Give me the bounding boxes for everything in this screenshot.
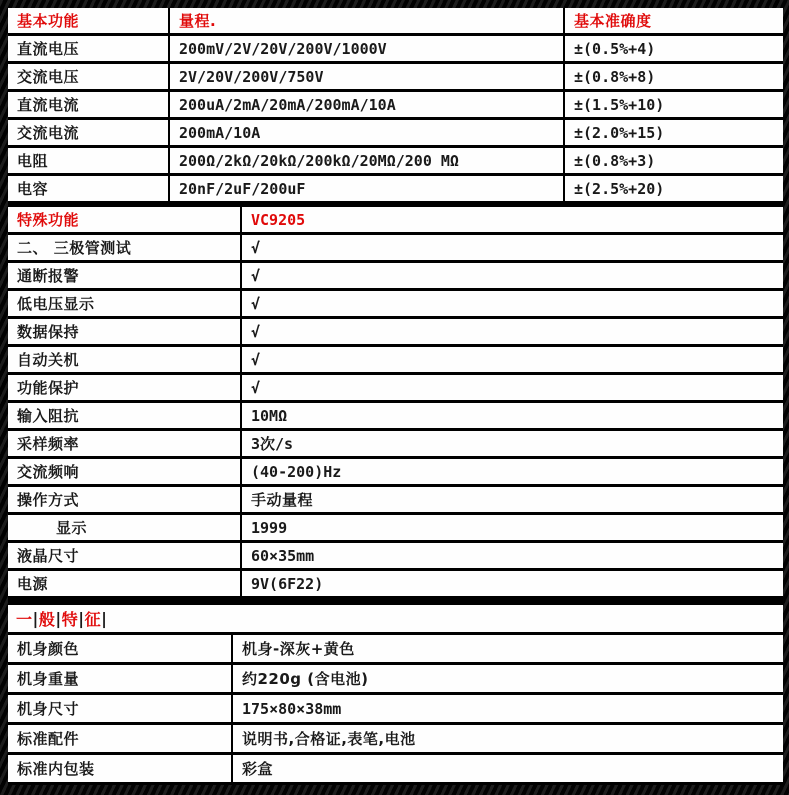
spec-value: √: [242, 347, 783, 372]
spec-value: 9V(6F22): [242, 571, 783, 596]
spec-range: 200mV/2V/20V/200V/1000V: [170, 36, 565, 61]
table-row-low-battery-display: 低电压显示 √: [8, 291, 783, 319]
table-row-auto-power-off: 自动关机 √: [8, 347, 783, 375]
spec-range: 200Ω/2kΩ/20kΩ/200kΩ/20MΩ/200 MΩ: [170, 148, 565, 173]
spec-accuracy: ±(0.8%+8): [565, 64, 783, 89]
spec-label: 输入阻抗: [8, 403, 242, 428]
spec-value: 说明书,合格证,表笔,电池: [233, 725, 783, 752]
table-row-capacitance: 电容 20nF/2uF/200uF ±(2.5%+20): [8, 176, 783, 204]
spec-range: 2V/20V/200V/750V: [170, 64, 565, 89]
general-features-section: 机身颜色 机身-深灰+黄色 机身重量 约220g (含电池) 机身尺寸 175×…: [8, 635, 783, 785]
spec-value: 手动量程: [242, 487, 783, 512]
table-row-function-protection: 功能保护 √: [8, 375, 783, 403]
spec-accuracy: ±(0.5%+4): [565, 36, 783, 61]
table-row-standard-accessories: 标准配件 说明书,合格证,表笔,电池: [8, 725, 783, 755]
spec-table: 基本功能 量程. 基本准确度 直流电压 200mV/2V/20V/200V/10…: [8, 8, 783, 785]
heading-pipe: |: [101, 609, 107, 628]
spec-label: 功能保护: [8, 375, 242, 400]
table-row-lcd-size: 液晶尺寸 60×35mm: [8, 543, 783, 571]
spec-value: 彩盒: [233, 755, 783, 782]
spec-range: 200mA/10A: [170, 120, 565, 145]
table-row-power-supply: 电源 9V(6F22): [8, 571, 783, 599]
table-row-ac-current: 交流电流 200mA/10A ±(2.0%+15): [8, 120, 783, 148]
spec-label: 交流电流: [8, 120, 170, 145]
spec-label: 显示: [8, 515, 242, 540]
spec-value: √: [242, 291, 783, 316]
spec-label: 电源: [8, 571, 242, 596]
spec-sheet-page: 基本功能 量程. 基本准确度 直流电压 200mV/2V/20V/200V/10…: [0, 0, 789, 795]
spec-label: 二、 三极管测试: [8, 235, 242, 260]
table-row-sampling-rate: 采样频率 3次/s: [8, 431, 783, 459]
table-row-ac-frequency-response: 交流频响 (40-200)Hz: [8, 459, 783, 487]
heading-char: 征: [85, 607, 102, 630]
table-row-body-color: 机身颜色 机身-深灰+黄色: [8, 635, 783, 665]
spec-label: 机身颜色: [8, 635, 233, 662]
spec-value: 机身-深灰+黄色: [233, 635, 783, 662]
spec-label: 低电压显示: [8, 291, 242, 316]
spec-value: √: [242, 319, 783, 344]
col-header-special-function: 特殊功能: [8, 207, 242, 232]
spec-accuracy: ±(2.5%+20): [565, 176, 783, 201]
spec-label: 交流电压: [8, 64, 170, 89]
spec-accuracy: ±(1.5%+10): [565, 92, 783, 117]
spec-label: 通断报警: [8, 263, 242, 288]
spec-range: 200uA/2mA/20mA/200mA/10A: [170, 92, 565, 117]
basic-functions-section: 基本功能 量程. 基本准确度 直流电压 200mV/2V/20V/200V/10…: [8, 8, 783, 204]
spec-value: √: [242, 375, 783, 400]
table-row-operation-mode: 操作方式 手动量程: [8, 487, 783, 515]
table-row-data-hold: 数据保持 √: [8, 319, 783, 347]
spec-label: 机身尺寸: [8, 695, 233, 722]
heading-char: 特: [62, 607, 79, 630]
col-header-accuracy: 基本准确度: [565, 8, 783, 33]
spec-label: 直流电压: [8, 36, 170, 61]
special-header-row: 特殊功能 VC9205: [8, 207, 783, 235]
table-row-continuity-buzzer: 通断报警 √: [8, 263, 783, 291]
table-row-input-impedance: 输入阻抗 10MΩ: [8, 403, 783, 431]
heading-char: 一: [16, 607, 33, 630]
table-row-body-weight: 机身重量 约220g (含电池): [8, 665, 783, 695]
table-row-standard-inner-packing: 标准内包装 彩盒: [8, 755, 783, 785]
special-functions-section: 特殊功能 VC9205 二、 三极管测试 √ 通断报警 √ 低电压显示 √ 数据…: [8, 207, 783, 599]
spec-label: 机身重量: [8, 665, 233, 692]
table-row-resistance: 电阻 200Ω/2kΩ/20kΩ/200kΩ/20MΩ/200 MΩ ±(0.8…: [8, 148, 783, 176]
spec-range: 20nF/2uF/200uF: [170, 176, 565, 201]
spec-label: 标准内包装: [8, 755, 233, 782]
spec-label: 直流电流: [8, 92, 170, 117]
spec-label: 液晶尺寸: [8, 543, 242, 568]
spec-label: 交流频响: [8, 459, 242, 484]
spec-label: 电容: [8, 176, 170, 201]
spec-label: 标准配件: [8, 725, 233, 752]
spec-value: 约220g (含电池): [233, 665, 783, 692]
spec-accuracy: ±(2.0%+15): [565, 120, 783, 145]
table-row-dc-current: 直流电流 200uA/2mA/20mA/200mA/10A ±(1.5%+10): [8, 92, 783, 120]
spec-label: 采样频率: [8, 431, 242, 456]
spec-label: 数据保持: [8, 319, 242, 344]
general-features-heading: 一|般|特|征|: [8, 605, 783, 635]
spec-value: (40-200)Hz: [242, 459, 783, 484]
table-row-ac-voltage: 交流电压 2V/20V/200V/750V ±(0.8%+8): [8, 64, 783, 92]
col-header-range: 量程.: [170, 8, 565, 33]
spec-label: 自动关机: [8, 347, 242, 372]
spec-value: 3次/s: [242, 431, 783, 456]
spec-value: 60×35mm: [242, 543, 783, 568]
spec-value: 1999: [242, 515, 783, 540]
basic-header-row: 基本功能 量程. 基本准确度: [8, 8, 783, 36]
heading-char: 般: [39, 607, 56, 630]
col-header-basic-function: 基本功能: [8, 8, 170, 33]
spec-value: 10MΩ: [242, 403, 783, 428]
table-row-body-dimensions: 机身尺寸 175×80×38mm: [8, 695, 783, 725]
model-number: VC9205: [242, 207, 783, 232]
spec-value: √: [242, 263, 783, 288]
spec-label: 操作方式: [8, 487, 242, 512]
spec-value: √: [242, 235, 783, 260]
spec-accuracy: ±(0.8%+3): [565, 148, 783, 173]
table-row-display-count: 显示 1999: [8, 515, 783, 543]
table-row-transistor-test: 二、 三极管测试 √: [8, 235, 783, 263]
spec-label: 电阻: [8, 148, 170, 173]
spec-value: 175×80×38mm: [233, 695, 783, 722]
table-row-dc-voltage: 直流电压 200mV/2V/20V/200V/1000V ±(0.5%+4): [8, 36, 783, 64]
